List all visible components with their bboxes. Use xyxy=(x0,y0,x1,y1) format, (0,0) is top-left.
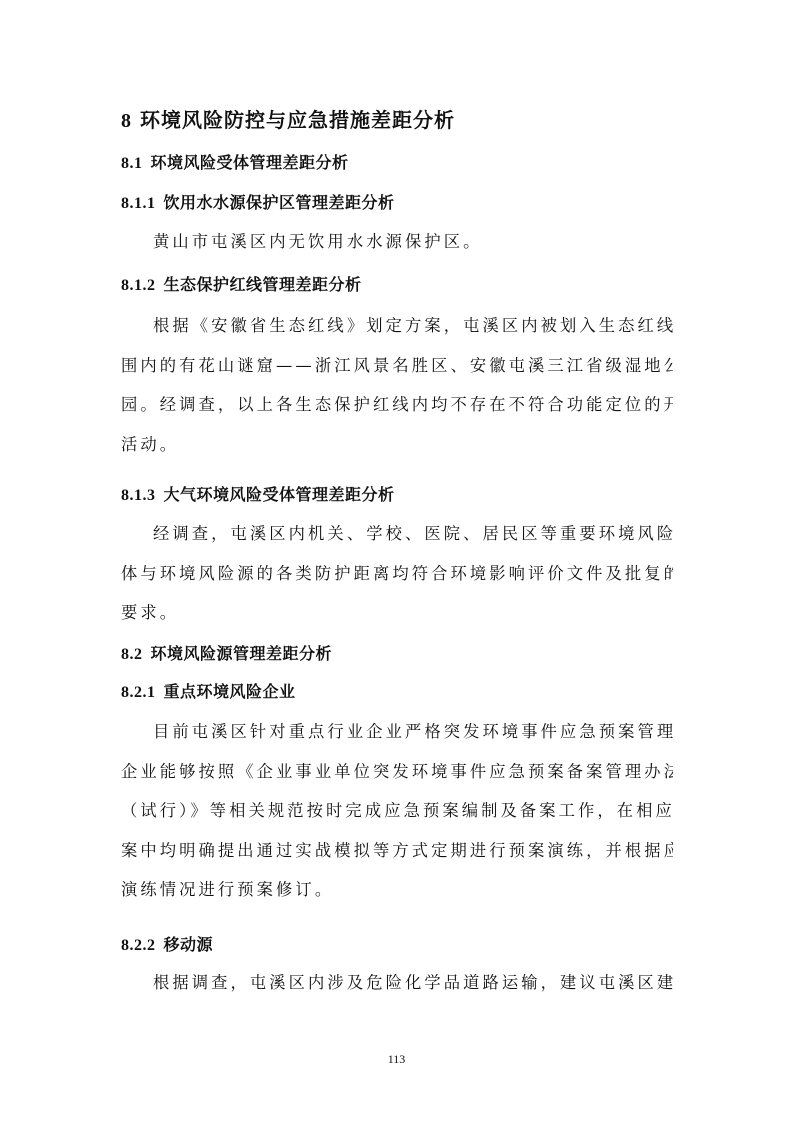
section-heading-8-1-2: 8.1.2生态保护红线管理差距分析 xyxy=(121,272,362,295)
section-title: 移动源 xyxy=(164,935,214,954)
paragraph-line: 活动。 xyxy=(121,425,673,465)
section-title: 环境风险受体管理差距分析 xyxy=(151,153,349,172)
section-heading-8-1-3: 8.1.3大气环境风险受体管理差距分析 xyxy=(121,482,395,505)
paragraph-8-2-2: 根据调查，屯溪区内涉及危险化学品道路运输，建议屯溪区建立 xyxy=(121,963,673,1003)
section-number: 8.1.2 xyxy=(121,277,156,294)
section-number: 8 xyxy=(121,110,132,132)
paragraph-line: （试行）》等相关规范按时完成应急预案编制及备案工作，在相应预 xyxy=(121,791,673,831)
paragraph-line: 围内的有花山谜窟——浙江风景名胜区、安徽屯溪三江省级湿地公 xyxy=(121,346,673,386)
paragraph-line: 目前屯溪区针对重点行业企业严格突发环境事件应急预案管理， xyxy=(121,712,673,752)
paragraph-8-1-3: 经调查，屯溪区内机关、学校、医院、居民区等重要环境风险受 体与环境风险源的各类防… xyxy=(121,514,673,633)
section-heading-8-2-1: 8.2.1重点环境风险企业 xyxy=(121,679,296,702)
paragraph-8-1-1: 黄山市屯溪区内无饮用水水源保护区。 xyxy=(121,222,673,262)
paragraph-line: 经调查，屯溪区内机关、学校、医院、居民区等重要环境风险受 xyxy=(121,514,673,554)
section-heading-8-1: 8.1环境风险受体管理差距分析 xyxy=(121,150,349,173)
paragraph-line: 根据调查，屯溪区内涉及危险化学品道路运输，建议屯溪区建立 xyxy=(121,963,673,1003)
section-heading-8-2: 8.2环境风险源管理差距分析 xyxy=(121,641,332,664)
section-title: 饮用水水源保护区管理差距分析 xyxy=(164,193,395,212)
section-heading-8: 8环境风险防控与应急措施差距分析 xyxy=(121,104,455,133)
section-number: 8.1.1 xyxy=(121,195,156,212)
paragraph-line: 根据《安徽省生态红线》划定方案，屯溪区内被划入生态红线范 xyxy=(121,306,673,346)
section-number: 8.1.3 xyxy=(121,487,156,504)
paragraph-line: 园。经调查，以上各生态保护红线内均不存在不符合功能定位的开发 xyxy=(121,385,673,425)
paragraph-line: 案中均明确提出通过实战模拟等方式定期进行预案演练，并根据应急 xyxy=(121,831,673,871)
section-title: 大气环境风险受体管理差距分析 xyxy=(164,485,395,504)
section-number: 8.2.2 xyxy=(121,937,156,954)
section-title: 重点环境风险企业 xyxy=(164,682,296,701)
section-heading-8-2-2: 8.2.2移动源 xyxy=(121,932,213,955)
section-number: 8.2 xyxy=(121,646,143,663)
section-number: 8.2.1 xyxy=(121,684,156,701)
paragraph-8-1-2: 根据《安徽省生态红线》划定方案，屯溪区内被划入生态红线范 围内的有花山谜窟——浙… xyxy=(121,306,673,464)
document-page: 8环境风险防控与应急措施差距分析 8.1环境风险受体管理差距分析 8.1.1饮用… xyxy=(0,0,793,1122)
section-heading-8-1-1: 8.1.1饮用水水源保护区管理差距分析 xyxy=(121,190,395,213)
section-title: 环境风险源管理差距分析 xyxy=(151,644,333,663)
paragraph-8-2-1: 目前屯溪区针对重点行业企业严格突发环境事件应急预案管理， 企业能够按照《企业事业… xyxy=(121,712,673,910)
paragraph-line: 要求。 xyxy=(121,593,673,633)
section-title: 环境风险防控与应急措施差距分析 xyxy=(140,108,455,132)
section-number: 8.1 xyxy=(121,155,143,172)
paragraph-line: 演练情况进行预案修订。 xyxy=(121,870,673,910)
paragraph-line: 黄山市屯溪区内无饮用水水源保护区。 xyxy=(121,222,673,262)
paragraph-line: 企业能够按照《企业事业单位突发环境事件应急预案备案管理办法 xyxy=(121,752,673,792)
section-title: 生态保护红线管理差距分析 xyxy=(164,275,362,294)
page-number: 113 xyxy=(0,1052,793,1067)
paragraph-line: 体与环境风险源的各类防护距离均符合环境影响评价文件及批复的 xyxy=(121,554,673,594)
